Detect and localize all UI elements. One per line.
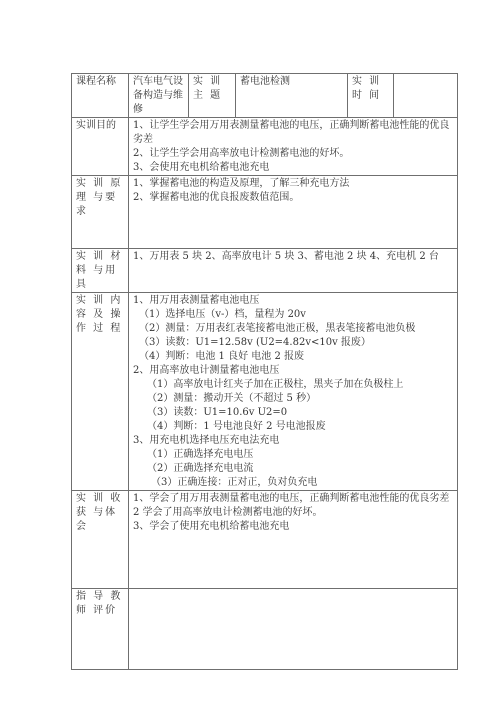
evaluation-content[interactable] xyxy=(129,589,458,670)
content-line: （4）判断：电池 1 良好 电池 2 报废 xyxy=(133,350,453,364)
harvest-line-2: 2 学会了用高率放电计检测蓄电池的好坏。 xyxy=(133,506,453,520)
harvest-label: 实 训 收 获 与体会 xyxy=(72,491,129,589)
content-line: （3）正确连接：正对正，负对负充电 xyxy=(133,476,453,490)
principle-content: 1、掌握蓄电池的构造及原理，了解三种充电方法 2、掌握蓄电池的优良报废数值范围。 xyxy=(129,176,458,249)
principle-row: 实 训 原 理 与要求 1、掌握蓄电池的构造及原理，了解三种充电方法 2、掌握蓄… xyxy=(72,176,458,249)
content-line: 1、用万用表测量蓄电池电压 xyxy=(133,294,453,308)
content-line: （2）测量：搬动开关（不超过 5 秒） xyxy=(133,392,453,406)
topic-label: 实 训 主 题 xyxy=(189,74,236,118)
content-line: （1）正确选择充电电压 xyxy=(133,448,453,462)
purpose-row: 实训目的 1、让学生学会用万用表测量蓄电池的电压，正确判断蓄电池性能的优良劣差 … xyxy=(72,118,458,176)
principle-line-2: 2、掌握蓄电池的优良报废数值范围。 xyxy=(133,191,453,205)
header-row: 课程名称 汽车电气设备构造与维修 实 训 主 题 蓄电池检测 实 训 时 间 xyxy=(72,74,458,118)
harvest-row: 实 训 收 获 与体会 1、学会了用万用表测量蓄电池的电压，正确判断蓄电池性能的… xyxy=(72,491,458,589)
content-body: 1、用万用表测量蓄电池电压 （1）选择电压（v-）档，量程为 20v （2）测量… xyxy=(129,293,458,491)
purpose-line-3: 3、会使用充电机给蓄电池充电 xyxy=(133,161,453,175)
content-line: （1）选择电压（v-）档，量程为 20v xyxy=(133,308,453,322)
principle-line-1: 1、掌握蓄电池的构造及原理，了解三种充电方法 xyxy=(133,177,453,191)
materials-label: 实 训 材 料 与用具 xyxy=(72,249,129,293)
evaluation-label: 指 导 教 师 评价 xyxy=(72,589,129,670)
course-name-label: 课程名称 xyxy=(72,74,129,118)
evaluation-row: 指 导 教 师 评价 xyxy=(72,589,458,670)
harvest-content: 1、学会了用万用表测量蓄电池的电压，正确判断蓄电池性能的优良劣差 2 学会了用高… xyxy=(129,491,458,589)
training-report-table: 课程名称 汽车电气设备构造与维修 实 训 主 题 蓄电池检测 实 训 时 间 实… xyxy=(71,73,458,670)
content-row: 实 训 内 容 及 操 作 过 程 1、用万用表测量蓄电池电压 （1）选择电压（… xyxy=(72,293,458,491)
course-name-value: 汽车电气设备构造与维修 xyxy=(129,74,189,118)
topic-value: 蓄电池检测 xyxy=(236,74,348,118)
content-line: （3）读数：U1=10.6v U2=0 xyxy=(133,406,453,420)
content-line: （2）正确选择充电电流 xyxy=(133,462,453,476)
time-label: 实 训 时 间 xyxy=(348,74,394,118)
purpose-label: 实训目的 xyxy=(72,118,129,176)
harvest-line-1: 1、学会了用万用表测量蓄电池的电压，正确判断蓄电池性能的优良劣差 xyxy=(133,492,453,506)
materials-content: 1、万用表 5 块 2、高率放电计 5 块 3、蓄电池 2 块 4、充电机 2 … xyxy=(129,249,458,293)
content-line: （2）测量：万用表红表笔接蓄电池正极，黑表笔接蓄电池负极 xyxy=(133,322,453,336)
content-line: 2、用高率放电计测量蓄电池电压 xyxy=(133,364,453,378)
principle-label: 实 训 原 理 与要求 xyxy=(72,176,129,249)
purpose-content: 1、让学生学会用万用表测量蓄电池的电压，正确判断蓄电池性能的优良劣差 2、让学生… xyxy=(129,118,458,176)
content-line: （1）高率放电计红夹子加在正极柱，黑夹子加在负极柱上 xyxy=(133,378,453,392)
content-line: （4）判断：1 号电池良好 2 号电池报废 xyxy=(133,420,453,434)
harvest-line-3: 3、学会了使用充电机给蓄电池充电 xyxy=(133,520,453,534)
content-line: 3、用充电机选择电压充电法充电 xyxy=(133,434,453,448)
purpose-line-2: 2、让学生学会用高率放电计检测蓄电池的好坏。 xyxy=(133,147,453,161)
materials-row: 实 训 材 料 与用具 1、万用表 5 块 2、高率放电计 5 块 3、蓄电池 … xyxy=(72,249,458,293)
purpose-line-1: 1、让学生学会用万用表测量蓄电池的电压，正确判断蓄电池性能的优良劣差 xyxy=(133,119,453,147)
content-label: 实 训 内 容 及 操 作 过 程 xyxy=(72,293,129,491)
content-line: （3）读数：U1=12.58v (U2=4.82v<10v 报废） xyxy=(133,336,453,350)
materials-line-1: 1、万用表 5 块 2、高率放电计 5 块 3、蓄电池 2 块 4、充电机 2 … xyxy=(133,250,453,264)
time-value xyxy=(394,74,458,118)
